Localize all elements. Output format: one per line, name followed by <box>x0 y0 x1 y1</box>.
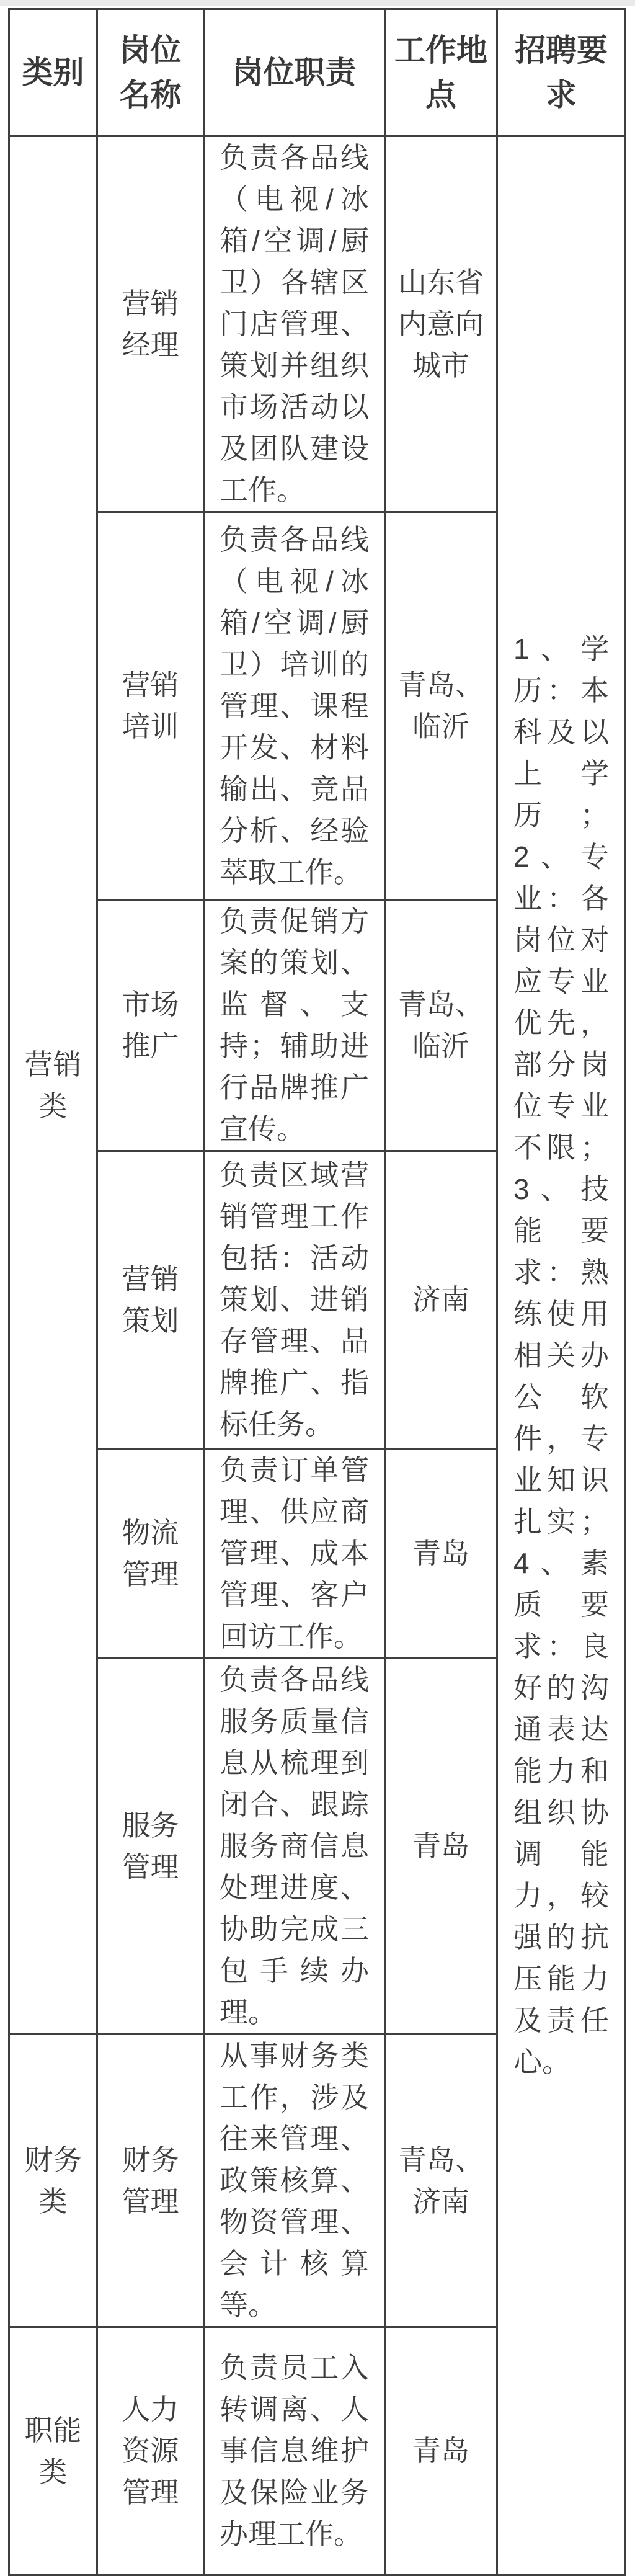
position-cell: 财务管理 <box>97 2035 204 2327</box>
duty-cell: 负责订单管理、供应商管理、成本管理、客户回访工作。 <box>204 1449 385 1659</box>
location-cell: 青岛、临沂 <box>385 512 497 900</box>
position-cell: 人力资源管理 <box>97 2327 204 2521</box>
requirements-cell: 1、学历：本科及以上学历；2、专业：各岗位对应专业优先，部分岗位专业不限；3、技… <box>497 136 626 2521</box>
duty-cell: 负责各品线（电视/冰箱/空调/厨卫）各辖区门店管理、策划并组织市场活动以及团队建… <box>204 136 385 512</box>
position-cell: 服务管理 <box>97 1659 204 2035</box>
header-row: 类别 岗位名称 岗位职责 工作地点 招聘要求 <box>9 9 626 136</box>
location-cell: 济南 <box>385 1151 497 1449</box>
location-cell: 青岛、济南 <box>385 2035 497 2327</box>
position-cell: 物流管理 <box>97 1449 204 1659</box>
position-cell: 营销培训 <box>97 512 204 900</box>
category-cell-finance: 财务类 <box>9 2035 97 2327</box>
duty-cell: 从事财务类工作，涉及往来管理、政策核算、物资管理、会计核算等。 <box>204 2035 385 2327</box>
duty-cell: 负责区域营销管理工作包括：活动策划、进销存管理、品牌推广、指标任务。 <box>204 1151 385 1449</box>
header-cell-category: 类别 <box>9 9 97 136</box>
location-cell: 青岛 <box>385 1449 497 1659</box>
header-cell-requirements: 招聘要求 <box>497 9 626 136</box>
location-cell: 青岛 <box>385 1659 497 2035</box>
category-cell-marketing: 营销类 <box>9 136 97 2035</box>
location-cell: 山东省内意向城市 <box>385 136 497 512</box>
location-cell: 青岛 <box>385 2327 497 2521</box>
page-top-strip <box>0 0 635 6</box>
category-cell-functional: 职能类 <box>9 2327 97 2521</box>
position-cell: 营销策划 <box>97 1151 204 1449</box>
duty-cell: 负责促销方案的策划、监督、支持；辅助进行品牌推广宣传。 <box>204 900 385 1151</box>
header-cell-location: 工作地点 <box>385 9 497 136</box>
table-row: 营销类 营销经理 负责各品线（电视/冰箱/空调/厨卫）各辖区门店管理、策划并组织… <box>9 136 626 512</box>
location-cell: 青岛、临沂 <box>385 900 497 1151</box>
duty-cell: 负责各品线服务质量信息从梳理到闭合、跟踪服务商信息处理进度、协助完成三包手续办理… <box>204 1659 385 2035</box>
duty-cell: 负责各品线（电视/冰箱/空调/厨卫）培训的管理、课程开发、材料输出、竞品分析、经… <box>204 512 385 900</box>
recruitment-table: 类别 岗位名称 岗位职责 工作地点 招聘要求 营销类 营销经理 负责各品线（电视… <box>8 8 626 2520</box>
position-cell: 营销经理 <box>97 136 204 512</box>
header-cell-duty: 岗位职责 <box>204 9 385 136</box>
duty-cell: 负责员工入转调离、人事信息维护及保险业务办理工作。 <box>204 2327 385 2521</box>
header-cell-position: 岗位名称 <box>97 9 204 136</box>
position-cell: 市场推广 <box>97 900 204 1151</box>
